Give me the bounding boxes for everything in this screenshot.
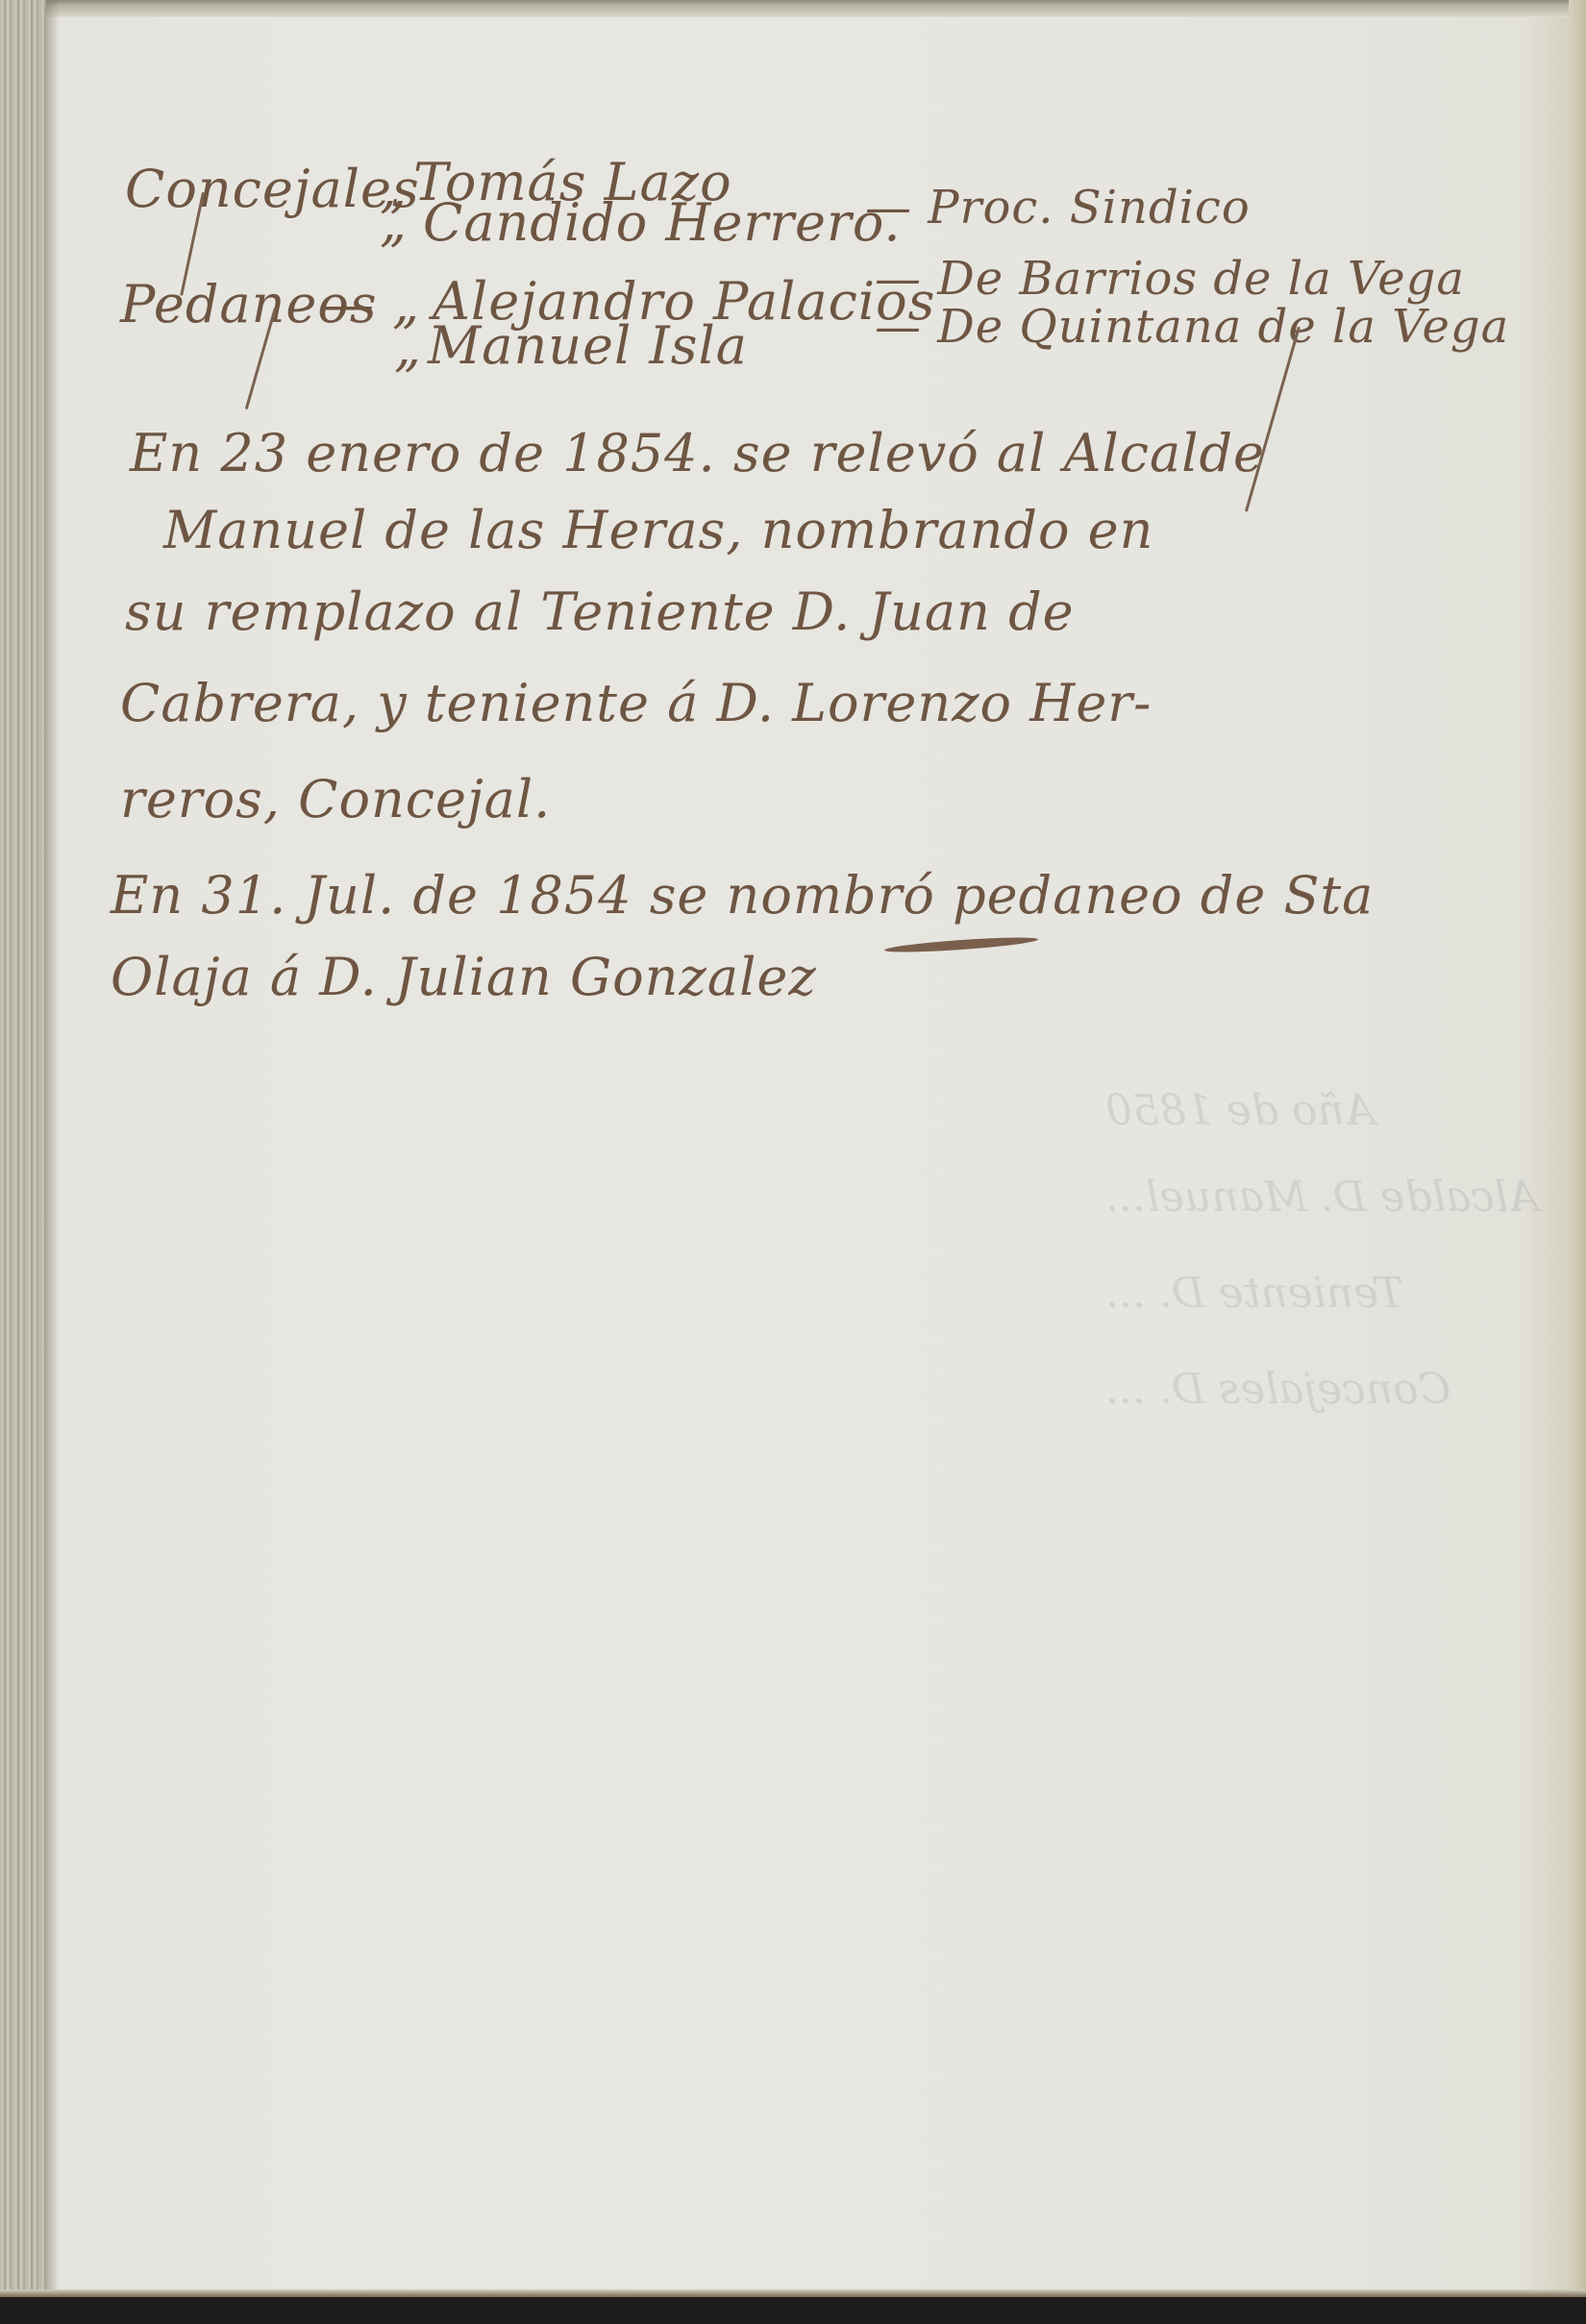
descender-stroke xyxy=(1245,327,1301,512)
paragraph-line: reros, Concejal. xyxy=(120,769,551,829)
page-right-edge xyxy=(1569,0,1586,2297)
paragraph-line: Olaja á D. Julian Gonzalez xyxy=(111,947,817,1007)
paragraph-line: En 31. Jul. de 1854 se nombró pedaneo de… xyxy=(111,865,1374,926)
pedaneo-prefix: „ xyxy=(394,317,422,378)
page-bottom-edge xyxy=(0,2289,1586,2297)
bleed-through-text: Concejales D. ... xyxy=(1105,1365,1450,1414)
bleed-through-text: Teniente D. ... xyxy=(1105,1269,1403,1318)
book-binding xyxy=(0,0,46,2297)
concejal-name: Candido Herrero. xyxy=(423,192,902,253)
binding-shadow xyxy=(46,0,60,2297)
ink-flourish xyxy=(884,934,1038,954)
paragraph-line: Cabrera, y teniente á D. Lorenzo Her- xyxy=(120,673,1152,733)
bleed-through-text: Alcalde D. Manuel... xyxy=(1105,1173,1539,1222)
pedaneo-note: — De Quintana de la Vega xyxy=(875,300,1509,354)
paragraph-line: Manuel de las Heras, nombrando en xyxy=(163,500,1153,560)
paragraph-line: En 23 enero de 1854. se relevó al Alcald… xyxy=(130,423,1265,483)
manuscript-page: Año de 1850 Alcalde D. Manuel... Tenient… xyxy=(0,0,1586,2297)
concejales-label: Concejales xyxy=(125,159,420,219)
bleed-through-text: Año de 1850 xyxy=(1105,1086,1375,1135)
page-top-edge xyxy=(0,0,1586,17)
pedaneo-name: Manuel Isla xyxy=(428,315,748,376)
concejal-note: — Proc. Sindico xyxy=(865,181,1251,235)
concejal-prefix: „ xyxy=(380,192,408,253)
paragraph-line: su remplazo al Teniente D. Juan de xyxy=(125,581,1075,642)
pedaneo-note: — De Barrios de la Vega xyxy=(875,252,1465,306)
